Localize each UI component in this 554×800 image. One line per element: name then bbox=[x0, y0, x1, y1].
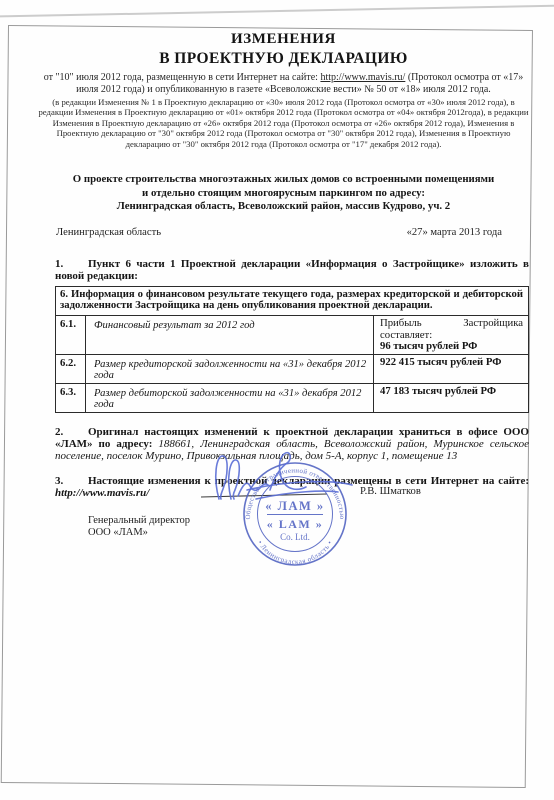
clause-2-number: 2. bbox=[55, 426, 88, 438]
row-label-cell: Размер дебиторской задолженности на «31»… bbox=[86, 384, 374, 412]
value-word: Прибыль bbox=[380, 318, 422, 329]
signatory-role-line2: ООО «ЛАМ» bbox=[88, 527, 532, 540]
row-number-cell: 6.2. bbox=[56, 355, 86, 383]
clause-1-text: Пункт 6 части 1 Проектной декларации «Ин… bbox=[55, 258, 529, 282]
value-line-justified: Прибыль Застройщика bbox=[380, 318, 523, 329]
clause-3: 3.Настоящие изменения к проектной деклар… bbox=[55, 475, 529, 499]
document-date: «27» марта 2013 года bbox=[407, 227, 502, 238]
value-word: Застройщика bbox=[463, 318, 523, 329]
clause-3-number: 3. bbox=[55, 475, 88, 487]
signatory-role: Генеральный директор ООО «ЛАМ» bbox=[88, 515, 532, 540]
intro-paragraph: от "10" июля 2012 года, размещенную в се… bbox=[35, 72, 532, 96]
value-amount: 47 183 тысяч рублей РФ bbox=[374, 384, 528, 412]
mavis-url-bold: http://www.mavis.ru/ bbox=[55, 487, 149, 499]
document-title-line2: В ПРОЕКТНУЮ ДЕКЛАРАЦИЮ bbox=[35, 50, 532, 68]
mavis-url-link[interactable]: http://www.mavis.ru/ bbox=[320, 72, 405, 83]
value-amount: 96 тысяч рублей РФ bbox=[380, 341, 523, 352]
clause-1-number: 1. bbox=[55, 258, 88, 270]
clause-1: 1.Пункт 6 части 1 Проектной декларации «… bbox=[55, 258, 529, 282]
project-title-line2: и отдельно стоящим многоярусным паркинго… bbox=[35, 187, 532, 201]
project-title-line3: Ленинградская область, Всеволожский райо… bbox=[35, 200, 532, 214]
financial-info-table: 6. Информация о финансовом результате те… bbox=[55, 286, 529, 413]
intro-text-before-url: от "10" июля 2012 года, размещенную в се… bbox=[44, 72, 321, 83]
value-amount: 922 415 тысяч рублей РФ bbox=[374, 355, 528, 383]
document-title-line1: ИЗМЕНЕНИЯ bbox=[35, 31, 532, 48]
clause-2: 2.Оригинал настоящих изменений к проектн… bbox=[55, 426, 529, 462]
row-number-cell: 6.1. bbox=[56, 316, 86, 354]
table-row: 6.3. Размер дебиторской задолженности на… bbox=[56, 383, 528, 412]
table-row: 6.1. Финансовый результат за 2012 год Пр… bbox=[56, 315, 528, 354]
row-label-cell: Размер кредиторской задолженности на «31… bbox=[86, 355, 374, 383]
region-label: Ленинградская область bbox=[56, 227, 161, 238]
amendment-history-paragraph: (в редакции Изменения № 1 в Проектную де… bbox=[35, 97, 532, 149]
project-title-line1: О проекте строительства многоэтажных жил… bbox=[35, 173, 532, 187]
row-number-cell: 6.3. bbox=[56, 384, 86, 412]
scanned-document-page: ИЗМЕНЕНИЯ В ПРОЕКТНУЮ ДЕКЛАРАЦИЮ от "10"… bbox=[0, 0, 554, 800]
project-title-block: О проекте строительства многоэтажных жил… bbox=[35, 173, 532, 214]
signatory-name: Р.В. Шматков bbox=[360, 486, 421, 497]
document-content: ИЗМЕНЕНИЯ В ПРОЕКТНУЮ ДЕКЛАРАЦИЮ от "10"… bbox=[35, 0, 532, 540]
signatory-role-line1: Генеральный директор bbox=[88, 515, 532, 528]
table-header-cell: 6. Информация о финансовом результате те… bbox=[56, 287, 528, 316]
row-label-cell: Финансовый результат за 2012 год bbox=[86, 316, 374, 354]
clause-3-text: Настоящие изменения к проектной декларац… bbox=[88, 475, 529, 487]
row-value-cell: Прибыль Застройщика составляет: 96 тысяч… bbox=[374, 316, 528, 354]
table-row: 6.2. Размер кредиторской задолженности н… bbox=[56, 354, 528, 383]
region-date-row: Ленинградская область «27» марта 2013 го… bbox=[35, 227, 532, 238]
